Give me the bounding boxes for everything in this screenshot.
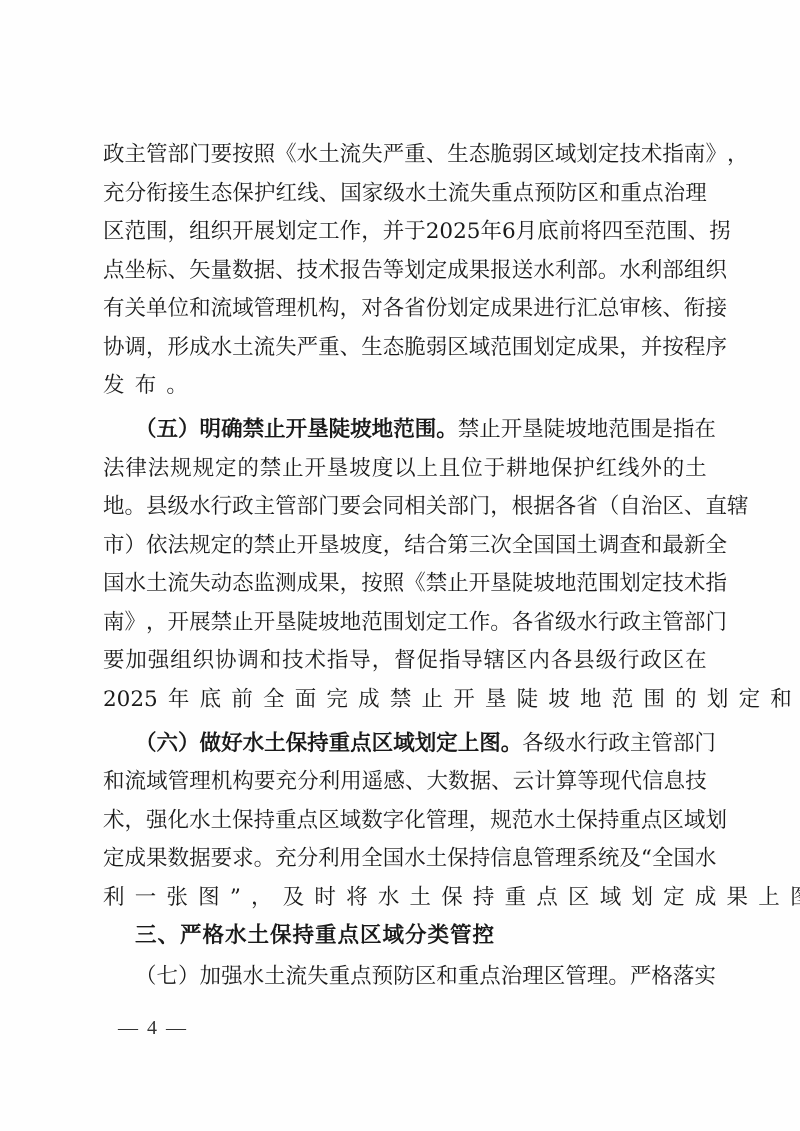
text-line: 术，强化水土保持重点区域数字化管理，规范水土保持重点区域划	[103, 806, 707, 836]
text-line: 发布。	[103, 371, 707, 401]
page-number: — 4 —	[118, 1013, 188, 1043]
text-line: 国水土流失动态监测成果，按照《禁止开垦陡坡地范围划定技术指	[103, 569, 707, 599]
text-line: 政主管部门要按照《水土流失严重、生态脆弱区域划定技术指南》，	[103, 140, 707, 170]
paragraph-seven-line: （七）加强水土流失重点预防区和重点治理区管理。严格落实	[135, 962, 707, 992]
document-page: 政主管部门要按照《水土流失严重、生态脆弱区域划定技术指南》，充分衔接生态保护红线…	[0, 0, 800, 1131]
text-line: 协调，形成水土流失严重、生态脆弱区域范围划定成果，并按程序	[103, 333, 707, 363]
text-line: （六）做好水土保持重点区域划定上图。各级水行政主管部门	[135, 729, 707, 759]
text-line: 区范围，组织开展划定工作，并于2025年6月底前将四至范围、拐	[103, 217, 707, 247]
text-line: 定成果数据要求。充分利用全国水土保持信息管理系统及“全国水	[103, 844, 707, 874]
text-line: 点坐标、矢量数据、技术报告等划定成果报送水利部。水利部组织	[103, 256, 707, 286]
text-line: 南》，开展禁止开垦陡坡地范围划定工作。各省级水行政主管部门	[103, 608, 707, 638]
text-line: 法律法规规定的禁止开垦坡度以上且位于耕地保护红线外的土	[103, 454, 707, 484]
section-heading: 三、严格水土保持重点区域分类管控	[135, 921, 707, 951]
text-line: 2025年底前全面完成禁止开垦陡坡地范围的划定和公告工作。	[103, 685, 707, 715]
text-line: 和流域管理机构要充分利用遥感、大数据、云计算等现代信息技	[103, 767, 707, 797]
text-line: 充分衔接生态保护红线、国家级水土流失重点预防区和重点治理	[103, 179, 707, 209]
text-line: 地。县级水行政主管部门要会同相关部门，根据各省（自治区、直辖	[103, 492, 707, 522]
text-line: 市）依法规定的禁止开垦坡度，结合第三次全国国土调查和最新全	[103, 531, 707, 561]
text-line: 有关单位和流域管理机构，对各省份划定成果进行汇总审核、衔接	[103, 294, 707, 324]
text-line: 利一张图”，及时将水土保持重点区域划定成果上图入库。	[103, 883, 707, 913]
text-line: 要加强组织协调和技术指导，督促指导辖区内各县级行政区在	[103, 646, 707, 676]
text-line: （五）明确禁止开垦陡坡地范围。禁止开垦陡坡地范围是指在	[135, 415, 707, 445]
